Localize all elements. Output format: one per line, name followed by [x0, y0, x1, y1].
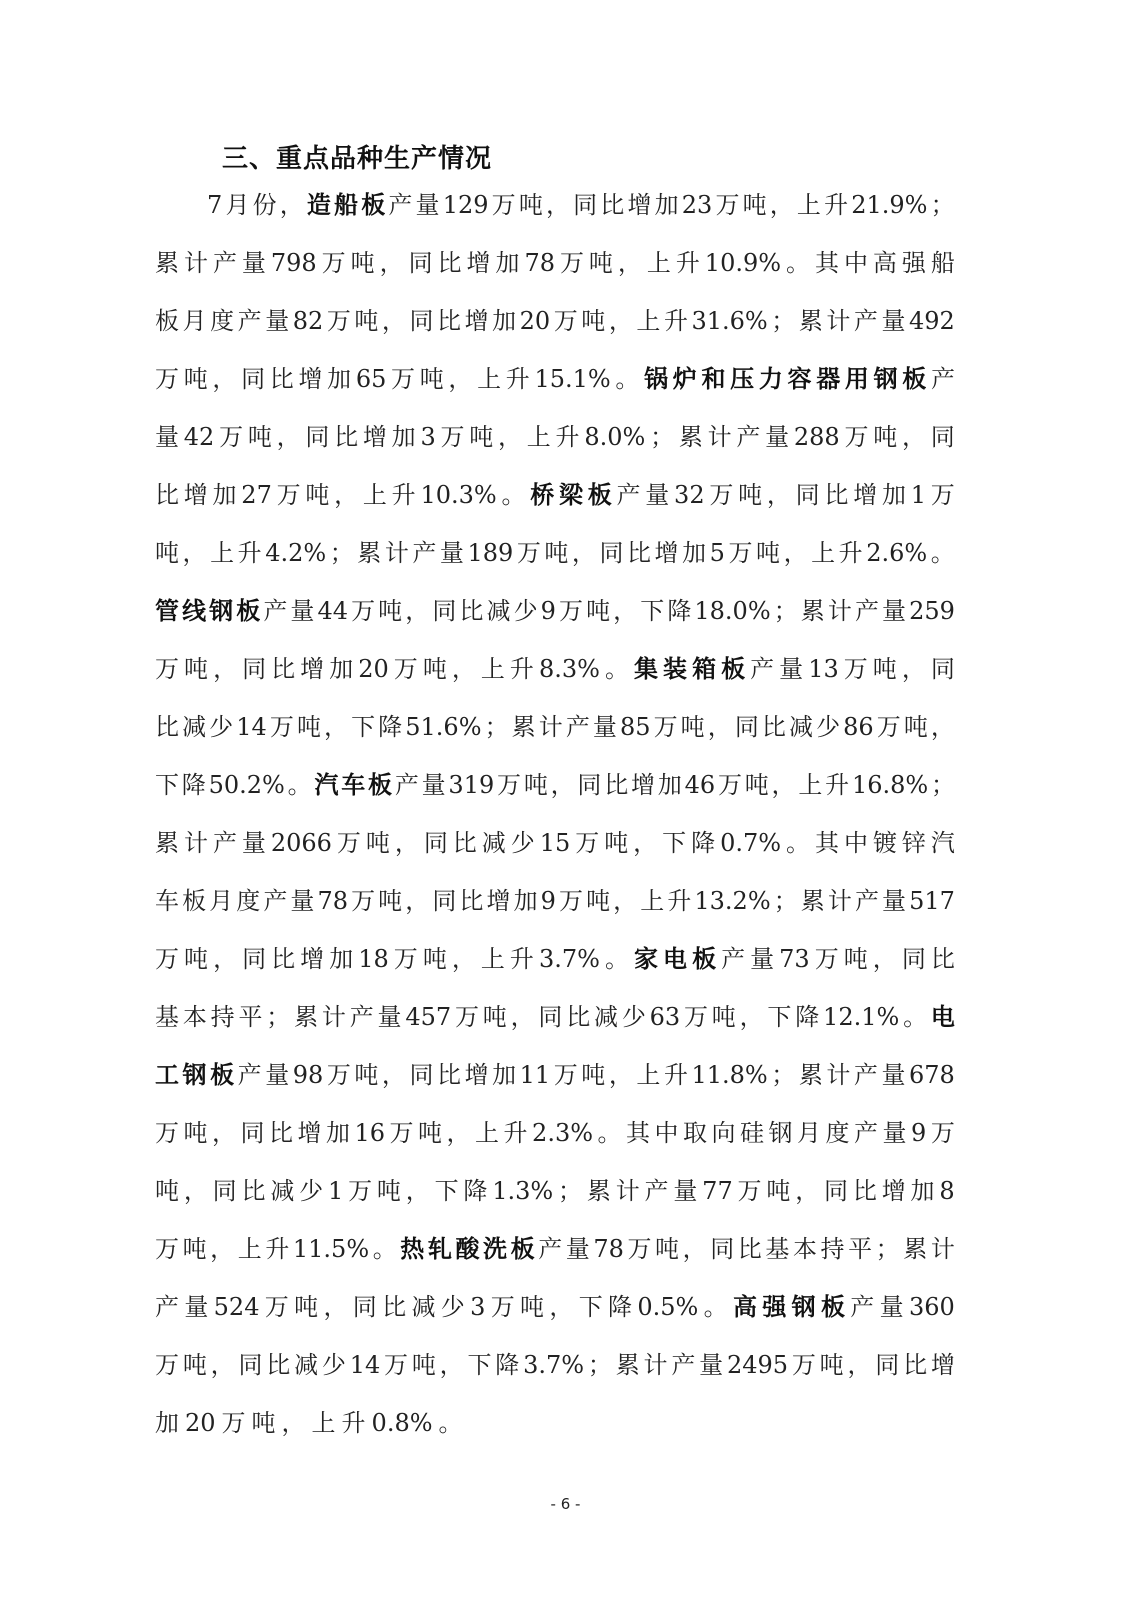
body-text-segment: 同	[599, 524, 623, 582]
body-text-segment: 下	[767, 988, 791, 1046]
body-text-segment: 517	[909, 872, 955, 930]
body-text-segment: 万	[492, 176, 516, 234]
body-text-segment: ，	[770, 176, 794, 234]
body-text-segment: 吨	[184, 640, 208, 698]
body-text-segment: 吨	[589, 234, 613, 292]
body-text-segment: 23	[682, 176, 713, 234]
body-text-segment: 11.5%	[293, 1220, 369, 1278]
body-text-segment: 向	[712, 1104, 736, 1162]
body-text-segment: 中	[844, 234, 868, 292]
body-text-segment: 量	[882, 872, 906, 930]
body-text-segment: 吨	[738, 466, 762, 524]
body-text-segment: 86	[843, 698, 874, 756]
body-text-segment: 比	[903, 1336, 927, 1394]
body-text-segment: 万	[560, 234, 584, 292]
body-text-segment: 比	[271, 930, 295, 988]
body-text-segment: 13	[808, 640, 839, 698]
body-text-segment: 吨	[378, 872, 402, 930]
body-text-segment: 降	[691, 814, 715, 872]
body-text-segment: 360	[909, 1278, 955, 1336]
body-text-segment: 镀	[873, 814, 897, 872]
body-text-segment: 上	[312, 1394, 336, 1452]
body-text-segment: 计	[184, 814, 208, 872]
product-name-text: 高	[733, 1278, 757, 1336]
body-text-segment: 万	[270, 698, 294, 756]
body-text-segment: ，	[633, 814, 657, 872]
body-text-segment: 吨	[297, 698, 321, 756]
body-text-segment: 产	[263, 872, 287, 930]
body-text-segment: 产	[238, 1046, 262, 1104]
body-text-segment: ，	[382, 292, 406, 350]
body-text-segment: 同	[241, 1104, 265, 1162]
product-name-text: 工	[155, 1046, 179, 1104]
body-text-segment: 降	[378, 698, 402, 756]
body-text-segment: 份	[253, 176, 277, 234]
body-text-segment: 累	[801, 872, 825, 930]
body-text-segment: 同	[577, 756, 601, 814]
body-text-segment: 。	[439, 1394, 463, 1452]
body-text-segment: 量	[779, 640, 803, 698]
document-page: 三、重点品种生产情况 7月份，造船板产量129万吨，同比增加23万吨，上升21.…	[0, 0, 1131, 1600]
body-text-segment: 升	[824, 176, 848, 234]
body-text-segment: ，	[448, 350, 472, 408]
body-text-segment: 14	[236, 698, 267, 756]
product-name-text: 轧	[428, 1220, 452, 1278]
body-text-segment: 万	[337, 814, 361, 872]
body-text-segment: 3.7%	[539, 930, 600, 988]
body-text-segment: 同	[238, 1336, 262, 1394]
body-text-segment: 比	[155, 466, 179, 524]
body-text-segment: 增	[627, 176, 651, 234]
body-text-segment: 8.0%	[584, 408, 645, 466]
product-name-text: 压	[730, 350, 754, 408]
body-text-segment: 持	[211, 988, 235, 1046]
body-text-segment: 2.3%	[532, 1104, 593, 1162]
body-text-segment: 同	[409, 234, 433, 292]
body-text-segment: 量	[290, 582, 314, 640]
page-number: - 6 -	[0, 1495, 1131, 1513]
body-text-segment: 硅	[740, 1104, 764, 1162]
body-text-segment: 万	[155, 930, 179, 988]
body-text-segment: 吨	[423, 640, 447, 698]
body-text-segment: 累	[155, 234, 179, 292]
body-text-segment: ，	[452, 930, 476, 988]
body-text-segment: 产	[855, 582, 879, 640]
body-text-segment: 比	[382, 1278, 406, 1336]
body-text-segment: 少	[622, 988, 646, 1046]
body-text-segment: 85	[620, 698, 651, 756]
body-text-segment: 。	[615, 350, 639, 408]
body-text-segment: ；	[774, 582, 798, 640]
body-text-segment: 万	[497, 756, 521, 814]
body-text-segment: 产	[931, 350, 955, 408]
body-text-segment: 中	[655, 1104, 679, 1162]
paragraph-line: 累计产量2066万吨，同比减少15万吨，下降0.7%。其中镀锌汽	[155, 814, 955, 872]
body-text-segment: 同	[242, 640, 266, 698]
body-text-segment: 比	[266, 1336, 290, 1394]
body-text-segment: 加	[655, 176, 679, 234]
body-text-segment: 吨	[183, 1336, 207, 1394]
product-name-text: 造	[307, 176, 331, 234]
paragraph-line: 下降50.2%。汽车板产量319万吨，同比增加46万吨，上升16.8%；	[155, 756, 955, 814]
body-text-segment: 产	[412, 524, 436, 582]
body-text-segment: 同	[432, 582, 456, 640]
body-text-segment: 32	[674, 466, 705, 524]
body-text-segment: ，	[440, 1336, 464, 1394]
body-text-segment: 平	[238, 988, 262, 1046]
body-text-segment: 升	[510, 930, 534, 988]
body-text-segment: ，	[613, 872, 637, 930]
product-name-text: 用	[845, 350, 869, 408]
body-text-segment: 累	[357, 524, 381, 582]
body-text-segment: 产	[750, 640, 774, 698]
body-text-segment: 万	[155, 350, 179, 408]
body-text-segment: 比	[600, 176, 624, 234]
body-text-segment: 万	[155, 640, 179, 698]
body-text-segment: 吨	[377, 1162, 401, 1220]
body-text-segment: 量	[242, 814, 266, 872]
body-text-segment: 降	[667, 582, 691, 640]
product-name-text: 板	[236, 582, 260, 640]
body-text-segment: ，	[395, 814, 419, 872]
body-text-segment: ，	[609, 1046, 633, 1104]
body-text-segment: 万	[327, 292, 351, 350]
product-name-text: 钢	[183, 1046, 207, 1104]
body-text-segment: 万	[322, 234, 346, 292]
body-text-segment: 加	[495, 234, 519, 292]
body-text-segment: ，	[618, 234, 642, 292]
body-text-segment: 增	[184, 466, 208, 524]
body-text-segment: 吨	[519, 176, 543, 234]
body-text-segment: 累	[587, 1162, 611, 1220]
paragraph-line: 加20万吨，上升0.8%。	[155, 1394, 955, 1452]
body-text-segment: 吨	[756, 524, 780, 582]
body-text-segment: 21.9%	[851, 176, 927, 234]
body-text-segment: 吨	[155, 524, 179, 582]
body-text-segment: 万	[559, 582, 583, 640]
body-text-segment: 。	[903, 988, 927, 1046]
body-text-segment: ，	[902, 408, 926, 466]
body-text-segment: 吨	[904, 698, 928, 756]
body-text-segment: ；	[771, 1046, 795, 1104]
body-text-segment: 吨	[184, 1104, 208, 1162]
body-text-segment: 0.5%	[637, 1278, 698, 1336]
body-text-segment: 升	[238, 524, 262, 582]
product-name-text: 板	[821, 1278, 845, 1336]
body-text-segment: ，	[280, 176, 304, 234]
body-text-segment: 20	[358, 640, 389, 698]
body-text-segment: 吨	[520, 1278, 544, 1336]
body-text-segment: 同	[213, 1162, 237, 1220]
body-text-segment: 9	[541, 872, 556, 930]
body-text-segment: 增	[465, 292, 489, 350]
body-text-segment: 65	[356, 350, 387, 408]
body-text-segment: ，	[334, 466, 358, 524]
body-text-segment: 强	[902, 234, 926, 292]
body-text-segment: 吨	[483, 988, 507, 1046]
body-text-segment: 上	[363, 466, 387, 524]
body-text-segment: 吨	[544, 524, 568, 582]
body-text-segment: 升	[342, 1394, 366, 1452]
product-name-text: 电	[663, 930, 687, 988]
body-text-segment: 加	[492, 292, 516, 350]
body-text-segment: 万	[491, 1278, 515, 1336]
body-text-segment: 增	[467, 234, 491, 292]
body-text-segment: 计	[828, 582, 852, 640]
body-text-segment: ，	[795, 1162, 819, 1220]
body-text-segment: 比	[270, 350, 294, 408]
body-text-segment: 取	[683, 1104, 707, 1162]
body-text-segment: 少	[816, 698, 840, 756]
body-text-segment: ，	[212, 350, 236, 408]
paragraph-line: 板月度产量82万吨，同比增加20万吨，上升31.6%；累计产量492	[155, 292, 955, 350]
body-text-segment: 16.8%	[852, 756, 928, 814]
body-text-segment: ，	[211, 1336, 235, 1394]
body-text-segment: 吨	[418, 1104, 442, 1162]
body-text-segment: 288	[794, 408, 840, 466]
body-text-segment: 吨	[586, 582, 610, 640]
body-text-segment: 同	[241, 350, 265, 408]
body-text-segment: 万	[815, 930, 839, 988]
body-text-segment: 万	[384, 1336, 408, 1394]
body-text-segment: 15	[540, 814, 571, 872]
body-text-segment: 万	[654, 698, 678, 756]
body-text-segment: 上	[527, 408, 551, 466]
body-text-segment: 万	[348, 1162, 372, 1220]
body-text-segment: ，	[740, 988, 764, 1046]
body-text-segment: 吨	[873, 640, 897, 698]
body-text-segment: 降	[795, 988, 819, 1046]
body-text-segment: 计	[322, 988, 346, 1046]
product-name-text: 容	[788, 350, 812, 408]
body-text-segment: ；	[771, 292, 795, 350]
body-text-segment: 本	[183, 988, 207, 1046]
body-text-segment: 31.6%	[691, 292, 767, 350]
body-text-segment: 11	[520, 1046, 551, 1104]
body-text-segment: 升	[265, 1220, 289, 1278]
body-text-segment: 万	[554, 292, 578, 350]
paragraph-line: 车板月度产量78万吨，同比增加9万吨，上升13.2%；累计产量517	[155, 872, 955, 930]
body-text-segment: 下	[351, 698, 375, 756]
body-text-segment: 万	[394, 640, 418, 698]
body-text-segment: 高	[873, 234, 897, 292]
body-text-segment: 1.3%	[492, 1162, 553, 1220]
body-text-segment: 吨	[366, 814, 390, 872]
body-text-segment: 下	[640, 582, 664, 640]
body-text-segment: 万	[351, 582, 375, 640]
body-text-segment: 其	[626, 1104, 650, 1162]
body-text-segment: 678	[909, 1046, 955, 1104]
body-text-segment: 少	[514, 582, 538, 640]
body-text-segment: 减	[594, 988, 618, 1046]
body-text-segment: ；	[588, 1336, 612, 1394]
body-text-segment: 78	[524, 234, 555, 292]
body-text-segment: 产	[213, 814, 237, 872]
body-text-segment: 吨	[423, 930, 447, 988]
product-name-text: 热	[400, 1220, 424, 1278]
body-text-segment: 加	[392, 408, 416, 466]
body-text-segment: 同	[305, 408, 329, 466]
body-text-segment: 量	[184, 1278, 208, 1336]
product-name-text: 器	[816, 350, 840, 408]
product-name-text: 力	[759, 350, 783, 408]
body-text-segment: 10.9%	[705, 234, 781, 292]
body-text-segment: 船	[931, 234, 955, 292]
body-text-segment: 3.7%	[523, 1336, 584, 1394]
body-text-segment: 累	[903, 1220, 927, 1278]
body-text-segment: 同	[353, 1278, 377, 1336]
body-text-segment: ，	[683, 1220, 707, 1278]
body-text-segment: 累	[512, 698, 536, 756]
product-name-text: 锅	[644, 350, 668, 408]
body-text-segment: 吨	[305, 466, 329, 524]
product-name-text: 钢	[874, 350, 898, 408]
body-text-segment: 持	[821, 1220, 845, 1278]
product-name-text: 家	[634, 930, 658, 988]
body-text-segment: 量	[290, 872, 314, 930]
body-text-segment: 上	[797, 176, 821, 234]
body-text-segment: ，	[613, 582, 637, 640]
product-name-text: 炉	[673, 350, 697, 408]
body-text-segment: 16	[355, 1104, 386, 1162]
body-text-segment: 上	[811, 524, 835, 582]
body-text-segment: ，	[213, 640, 237, 698]
body-text-segment: 计	[644, 1336, 668, 1394]
body-text-segment: 万	[709, 466, 733, 524]
body-text-segment: 0.7%	[720, 814, 781, 872]
body-text-segment: 下	[579, 1278, 603, 1336]
body-text-segment: 27	[241, 466, 272, 524]
body-text-segment: 量	[265, 1046, 289, 1104]
body-text-segment: 吨	[354, 1046, 378, 1104]
body-text-segment: 。	[786, 234, 810, 292]
body-text-segment: 万	[155, 1220, 179, 1278]
body-text-segment: 月	[797, 1104, 821, 1162]
body-text-segment: ，	[324, 698, 348, 756]
body-text-segment: 18.0%	[694, 582, 770, 640]
body-text-segment: 万	[844, 640, 868, 698]
body-text-segment: ；	[931, 756, 955, 814]
body-text-segment: 3	[420, 408, 435, 466]
paragraph-line: 万吨，同比增加65万吨，上升15.1%。锅炉和压力容器用钢板产	[155, 350, 955, 408]
product-name-text: 装	[663, 640, 687, 698]
body-text-segment: 产	[854, 1104, 878, 1162]
body-text-segment: 减	[486, 582, 510, 640]
body-text-segment: 下	[662, 814, 686, 872]
body-text-segment: 产	[617, 466, 641, 524]
body-text-segment: 44	[317, 582, 348, 640]
body-text-segment: 比	[459, 872, 483, 930]
body-text-segment: 比	[453, 814, 477, 872]
body-text-segment: 吨	[524, 756, 548, 814]
body-text-segment: 上	[640, 872, 664, 930]
body-text-segment: 升	[839, 524, 863, 582]
body-text-segment: ，	[210, 1220, 234, 1278]
body-text-segment: ，	[406, 1162, 430, 1220]
body-text-segment: 量	[155, 408, 179, 466]
body-text-segment: 加	[326, 1104, 350, 1162]
body-text-segment: 万	[554, 1046, 578, 1104]
body-text-segment: 吨	[378, 582, 402, 640]
body-text-segment: 。	[373, 1220, 397, 1278]
body-text-segment: 升	[664, 292, 688, 350]
body-text-segment: 同	[409, 1046, 433, 1104]
body-text-segment: ，	[380, 234, 404, 292]
body-text-segment: 同	[931, 408, 955, 466]
body-text-segment: 量	[881, 1046, 905, 1104]
body-text-segment: ；	[266, 988, 290, 1046]
paragraph-line: 工钢板产量98万吨，同比增加11万吨，上升11.8%；累计产量678	[155, 1046, 955, 1104]
body-text-segment: 量	[881, 292, 905, 350]
body-text-segment: 上	[636, 1046, 660, 1104]
body-text-segment: 2066	[271, 814, 332, 872]
body-text-segment: ，	[546, 176, 570, 234]
product-name-text: 桥	[530, 466, 554, 524]
body-text-segment: 同	[409, 292, 433, 350]
body-text-segment: 万	[391, 350, 415, 408]
body-text-segment: 降	[182, 756, 206, 814]
paragraph-line: 基本持平；累计产量457万吨，同比减少63万吨，下降12.1%。电	[155, 988, 955, 1046]
body-text-segment: 减	[482, 814, 506, 872]
body-text-segment: ；	[485, 698, 509, 756]
product-name-text: 板	[721, 640, 745, 698]
body-text-segment: 11.8%	[691, 1046, 767, 1104]
body-text-segment: 减	[270, 1162, 294, 1220]
body-text-segment: ，	[405, 872, 429, 930]
body-text-segment: 。	[931, 524, 955, 582]
body-text-segment: 增	[655, 524, 679, 582]
body-text-segment: 吨	[581, 1046, 605, 1104]
body-text-segment: 其	[815, 234, 839, 292]
body-text-segment: 比	[762, 698, 786, 756]
product-name-text: 板	[210, 1046, 234, 1104]
body-text-segment: 上	[636, 292, 660, 350]
body-text-segment: 度	[826, 1104, 850, 1162]
body-text-segment: 加	[213, 466, 237, 524]
body-text-segment: 同	[242, 930, 266, 988]
body-text-segment: 增	[486, 872, 510, 930]
body-text-segment: 量	[883, 1104, 907, 1162]
body-text-segment: 汽	[931, 814, 955, 872]
body-text-segment: 累	[799, 292, 823, 350]
body-text-segment: 77	[702, 1162, 733, 1220]
product-name-text: 线	[182, 582, 206, 640]
body-text-segment: 。	[786, 814, 810, 872]
paragraph-line: 比增加27万吨，上升10.3%。桥梁板产量32万吨，同比增加1万	[155, 466, 955, 524]
body-text-segment: 累	[616, 1336, 640, 1394]
body-text-segment: 同	[432, 872, 456, 930]
body-text-segment: 比	[155, 698, 179, 756]
body-text-segment: 产	[213, 234, 237, 292]
body-text-segment: 量	[765, 408, 789, 466]
body-text-segment: 计	[708, 408, 732, 466]
body-text-segment: 加	[514, 872, 538, 930]
body-text-segment: ，	[323, 1278, 347, 1336]
body-text-segment: 吨	[183, 1220, 207, 1278]
product-name-text: 集	[634, 640, 658, 698]
body-text-segment: 0.8%	[372, 1394, 433, 1452]
body-text-segment: 增	[300, 640, 324, 698]
body-text-segment: 万	[728, 524, 752, 582]
body-text-segment: ，	[212, 1104, 236, 1162]
body-text-segment: 增	[363, 408, 387, 466]
body-text-segment: 吨	[820, 1336, 844, 1394]
body-text-segment: 78	[593, 1220, 624, 1278]
body-text-segment: 万	[394, 930, 418, 988]
body-text-segment: 同	[538, 988, 562, 1046]
body-text-segment: 产	[238, 292, 262, 350]
product-name-text: 酸	[455, 1220, 479, 1278]
